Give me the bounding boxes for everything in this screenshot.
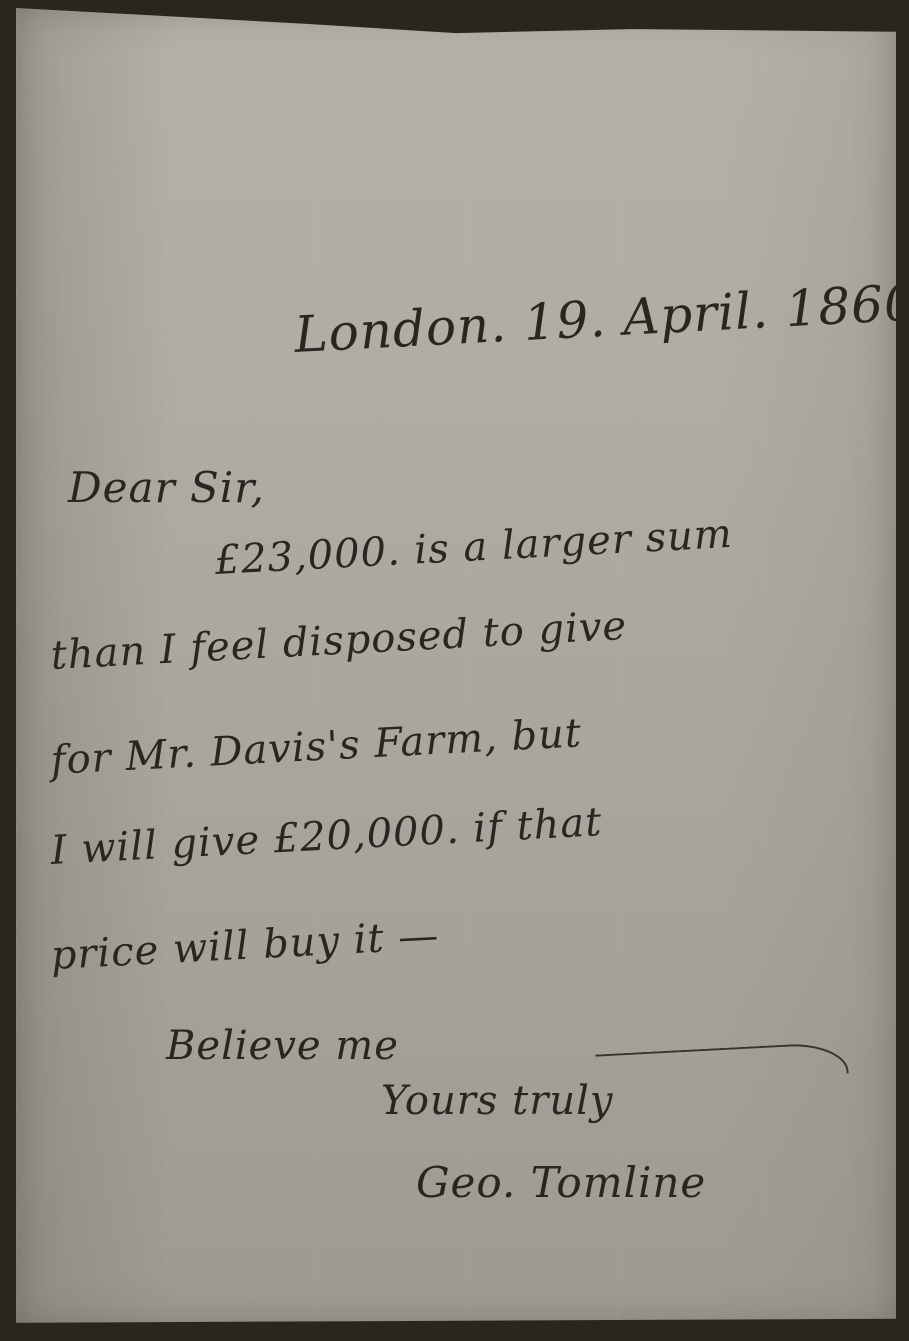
letter-salutation: Dear Sir, bbox=[68, 463, 265, 512]
letter-closing-believe: Believe me bbox=[166, 1023, 399, 1069]
photo-frame: London. 19. April. 1860 Dear Sir, £23,00… bbox=[0, 0, 909, 1341]
letter-closing-yours: Yours truly bbox=[381, 1078, 613, 1124]
letter-body-line: than I feel disposed to give bbox=[50, 603, 629, 679]
pen-flourish bbox=[595, 1041, 848, 1086]
letter-paper: London. 19. April. 1860 Dear Sir, £23,00… bbox=[16, 8, 896, 1328]
letter-body-line: I will give £20,000. if that bbox=[50, 799, 604, 874]
letter-body-line: price will buy it — bbox=[50, 913, 441, 979]
letter-body-line: for Mr. Davis's Farm, but bbox=[50, 710, 583, 784]
letter-body-line: £23,000. is a larger sum bbox=[214, 511, 734, 584]
letter-dateline: London. 19. April. 1860 bbox=[293, 273, 909, 364]
letter-signature: Geo. Tomline bbox=[416, 1158, 706, 1207]
